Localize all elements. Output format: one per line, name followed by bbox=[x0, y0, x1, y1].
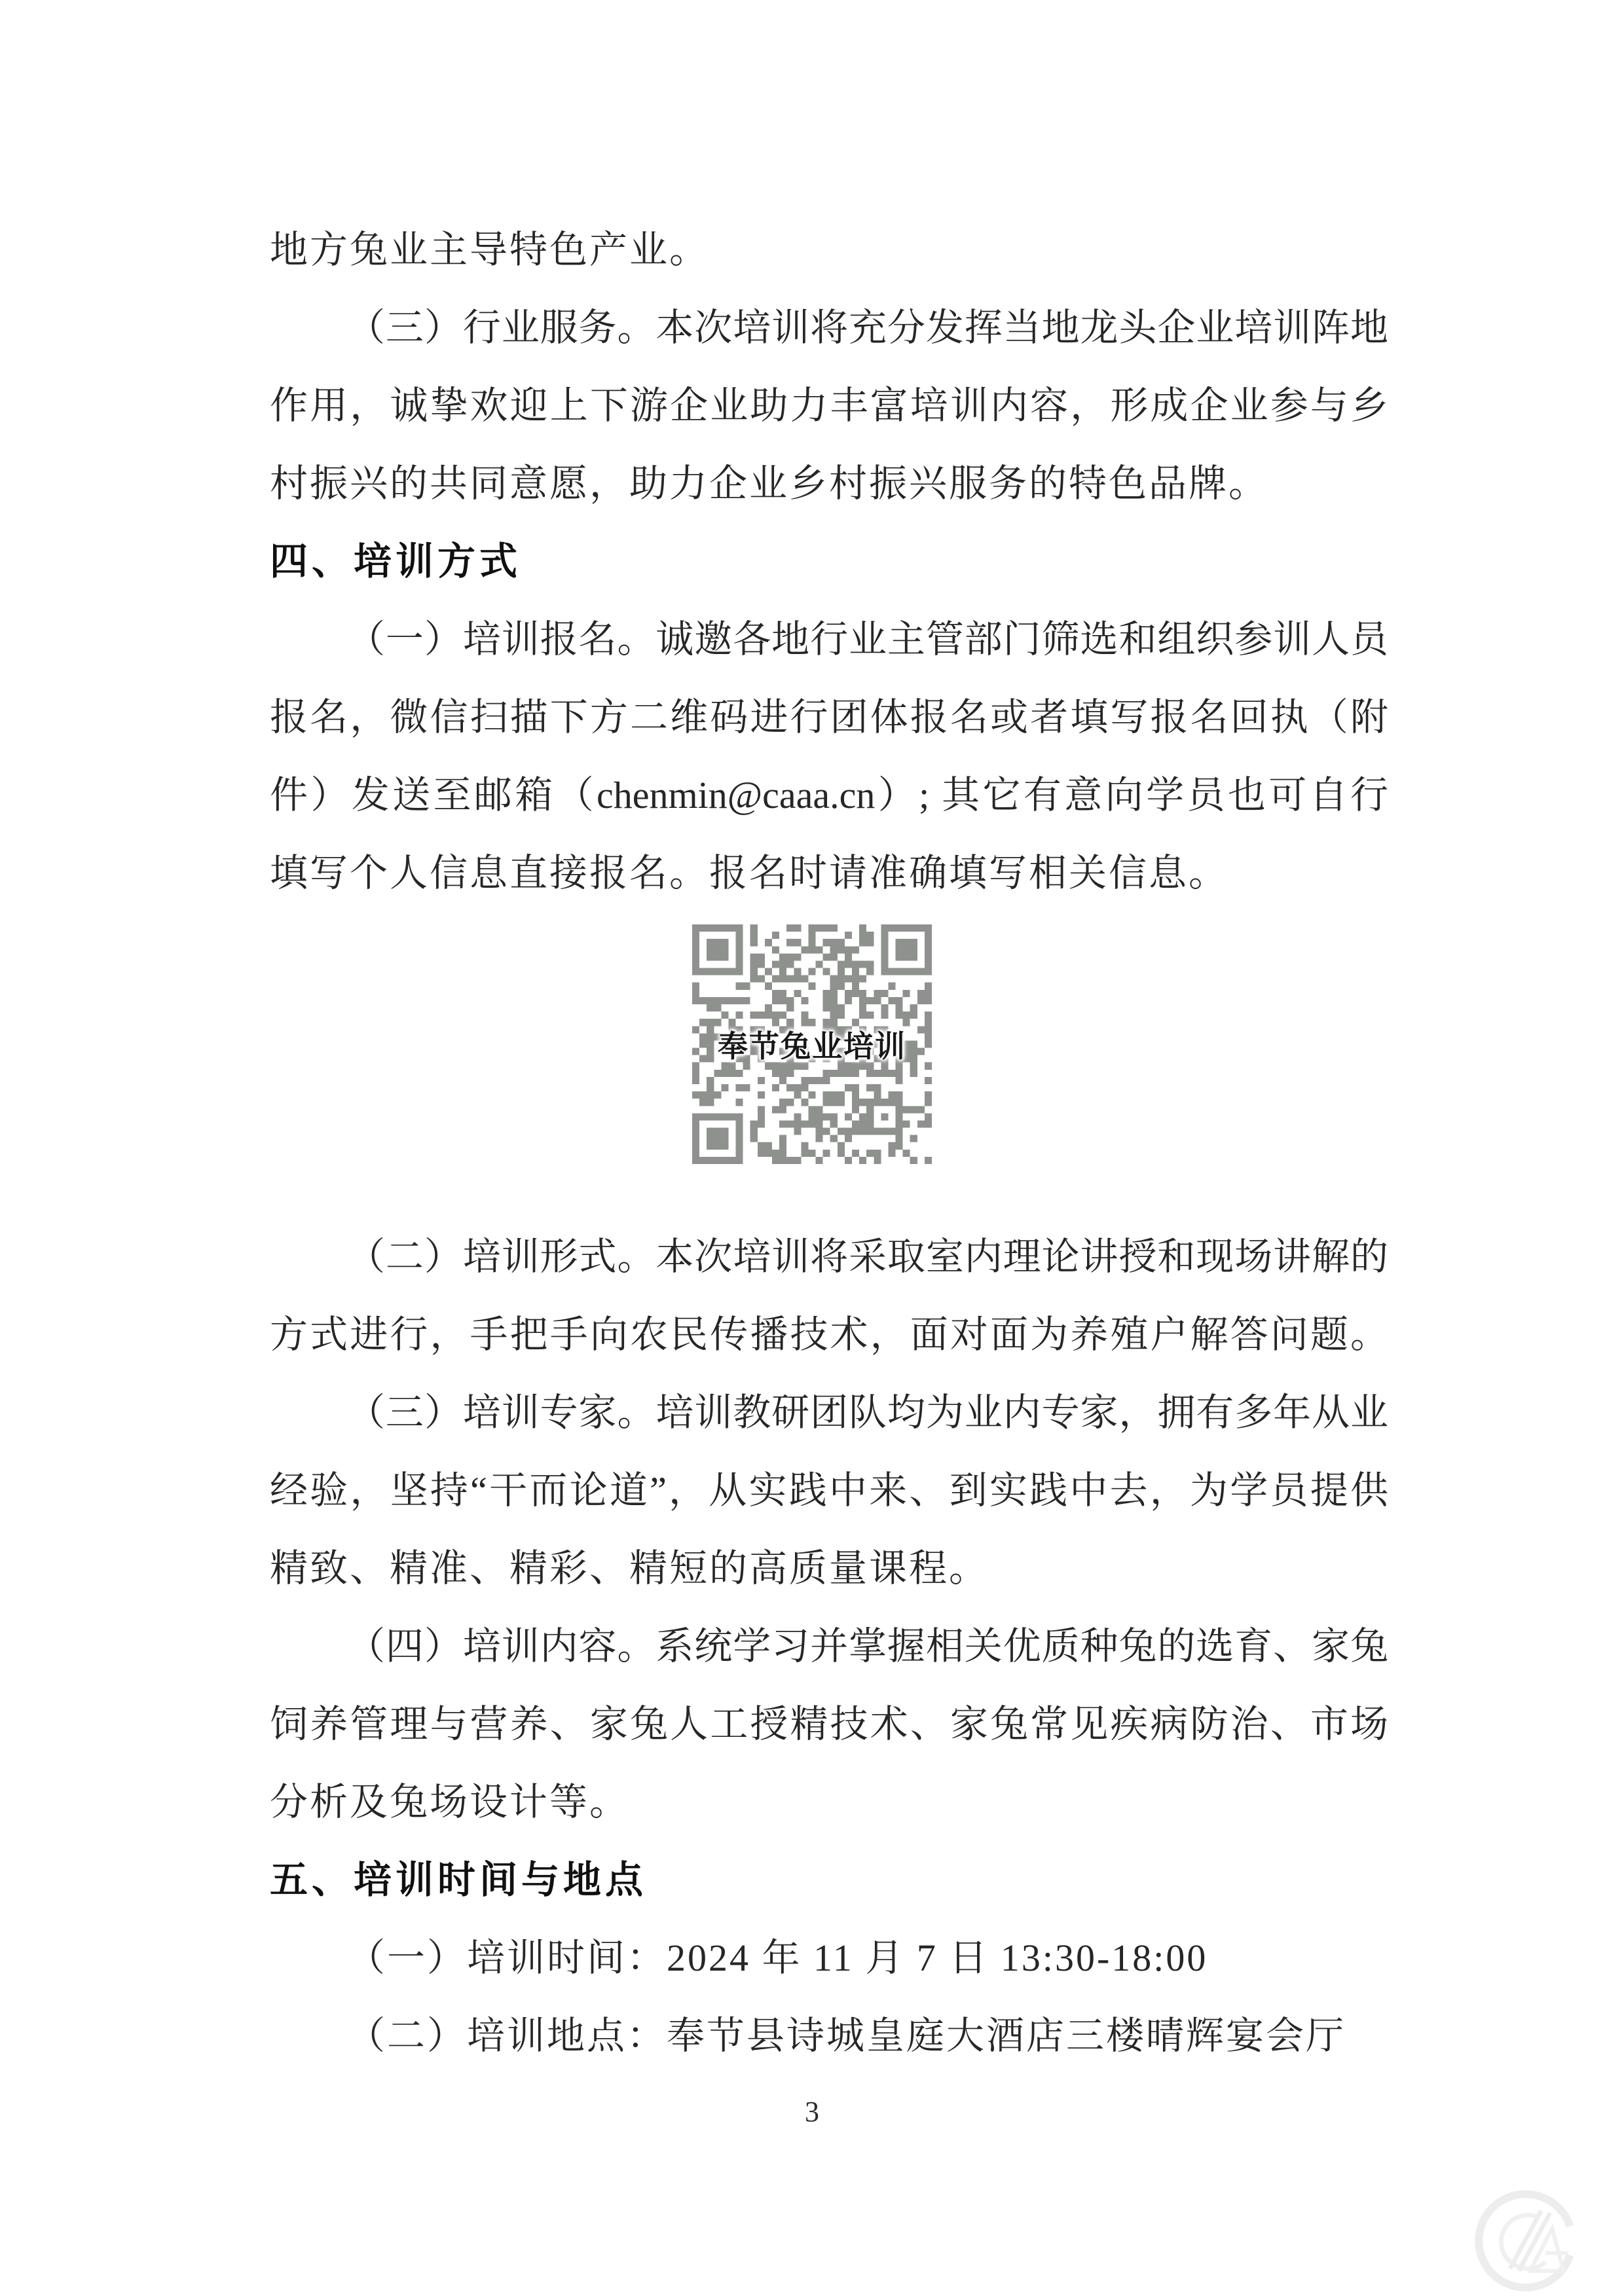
document-body: 地方兔业主导特色产业。 （三）行业服务。本次培训将充分发挥当地龙头企业培训阵地 … bbox=[270, 211, 1388, 2075]
text-line: 村振兴的共同意愿，助力企业乡村振兴服务的特色品牌。 bbox=[270, 445, 1388, 522]
text-line: 经验，坚持“干而论道”，从实践中来、到实践中去，为学员提供 bbox=[270, 1451, 1388, 1529]
text-line: （一）培训时间：2024 年 11 月 7 日 13:30-18:00 bbox=[270, 1919, 1388, 1997]
text-line: 填写个人信息直接报名。报名时请准确填写相关信息。 bbox=[270, 834, 1388, 912]
qr-row: 奉节兔业培训 bbox=[270, 912, 1388, 1218]
section-heading: 四、培训方式 bbox=[270, 522, 1388, 600]
text-line: （二）培训形式。本次培训将采取室内理论讲授和现场讲解的 bbox=[270, 1218, 1388, 1296]
page-number: 3 bbox=[0, 2092, 1624, 2132]
text-line: 精致、精准、精彩、精短的高质量课程。 bbox=[270, 1529, 1388, 1607]
text-line: （三）行业服务。本次培训将充分发挥当地龙头企业培训阵地 bbox=[270, 289, 1388, 367]
document-page: 地方兔业主导特色产业。 （三）行业服务。本次培训将充分发挥当地龙头企业培训阵地 … bbox=[0, 0, 1624, 2296]
text-line: 饲养管理与营养、家兔人工授精技术、家兔常见疾病防治、市场 bbox=[270, 1685, 1388, 1763]
text-line: 件）发送至邮箱（chenmin@caaa.cn）; 其它有意向学员也可自行 bbox=[270, 756, 1388, 834]
text-line: 分析及兔场设计等。 bbox=[270, 1763, 1388, 1841]
text-line: （二）培训地点：奉节县诗城皇庭大酒店三楼晴辉宴会厅 bbox=[270, 1997, 1388, 2075]
text-line: （三）培训专家。培训教研团队均为业内专家，拥有多年从业 bbox=[270, 1374, 1388, 1451]
section-heading: 五、培训时间与地点 bbox=[270, 1841, 1388, 1919]
watermark-logo bbox=[1472, 2184, 1583, 2295]
qr-code-label: 奉节兔业培训 bbox=[718, 1023, 906, 1066]
text-line: （四）培训内容。系统学习并掌握相关优质种兔的选育、家兔 bbox=[270, 1607, 1388, 1685]
text-line: 方式进行，手把手向农民传播技术，面对面为养殖户解答问题。 bbox=[270, 1296, 1388, 1374]
text-line: （一）培训报名。诚邀各地行业主管部门筛选和组织参训人员 bbox=[270, 600, 1388, 678]
qr-code: 奉节兔业培训 bbox=[692, 924, 932, 1164]
text-line: 报名，微信扫描下方二维码进行团体报名或者填写报名回执（附 bbox=[270, 678, 1388, 756]
text-line: 地方兔业主导特色产业。 bbox=[270, 211, 1388, 289]
text-line: 作用，诚挚欢迎上下游企业助力丰富培训内容，形成企业参与乡 bbox=[270, 367, 1388, 445]
